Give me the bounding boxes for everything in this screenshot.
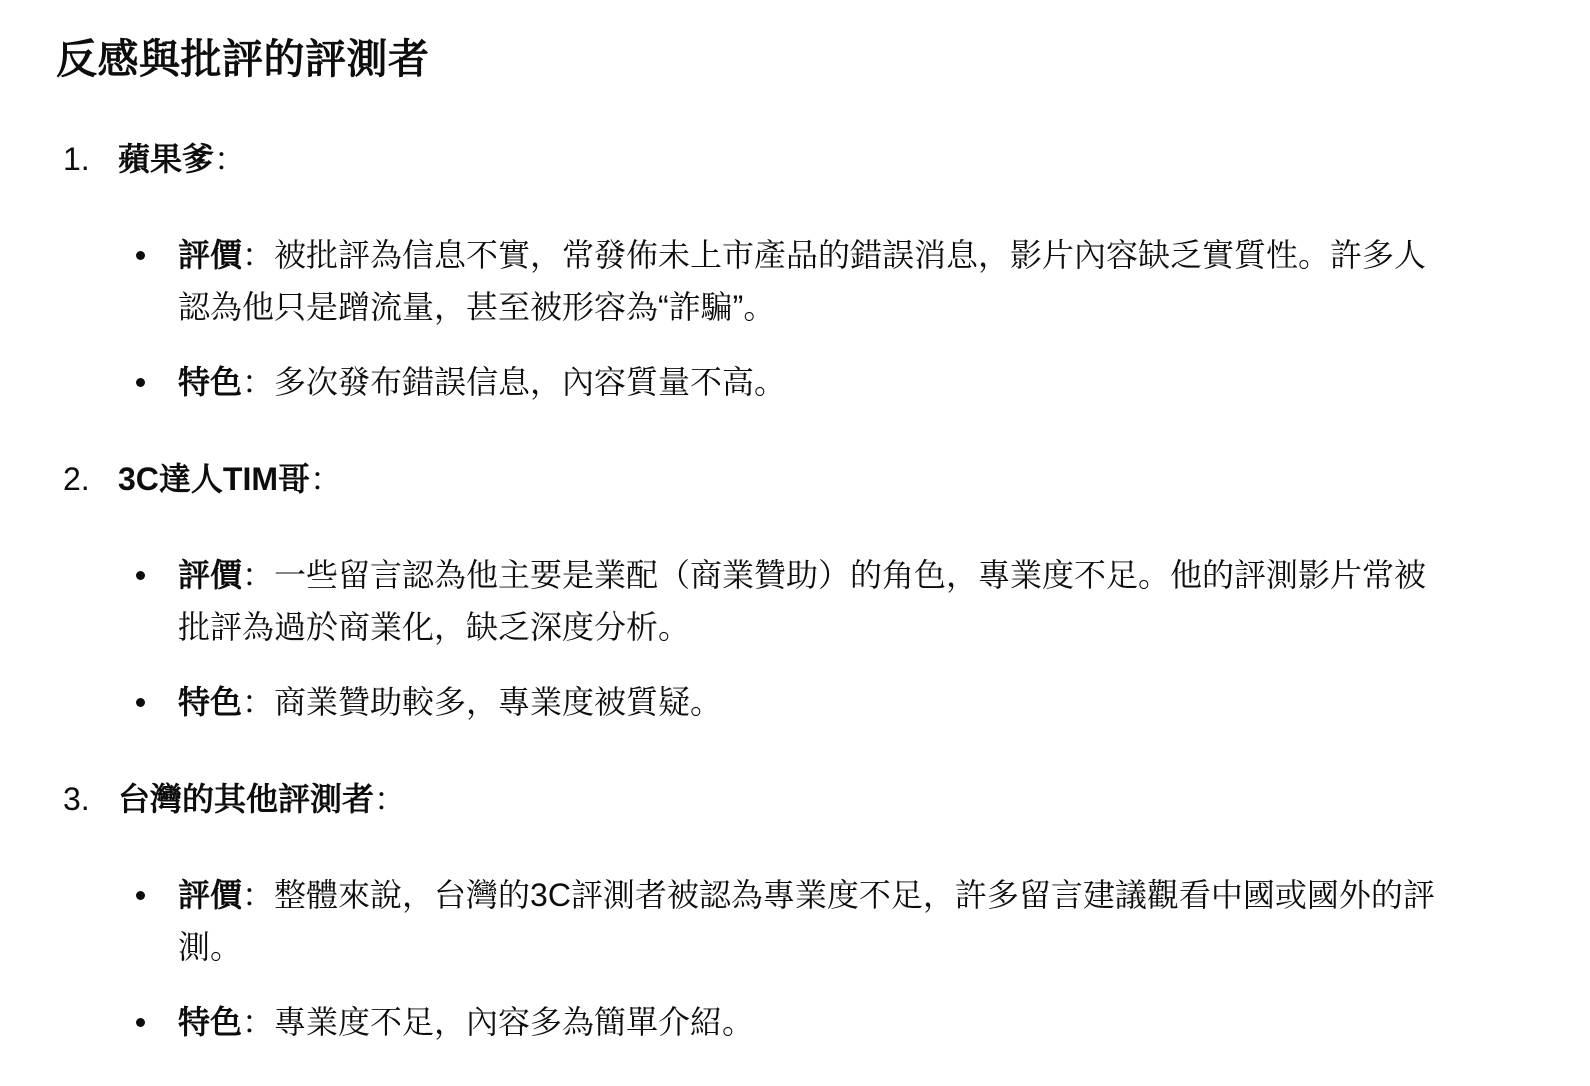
- bullet-dot-icon: [118, 549, 178, 653]
- bullet-line-text: ：商業贊助較多，專業度被質疑。: [242, 684, 722, 720]
- list-item-2: 2. 3C達人TIM哥： 評價：一些留言認為他主要是業配（商業贊助）的角色，專業…: [63, 453, 1550, 728]
- item-content: 3C達人TIM哥： 評價：一些留言認為他主要是業配（商業贊助）的角色，專業度不足…: [118, 453, 1550, 728]
- item-content: 蘋果爹： 評價：被批評為信息不實，常發佈未上市產品的錯誤消息，影片內容缺乏實質性…: [118, 133, 1550, 408]
- item-content: 台灣的其他評測者： 評價：整體來說，台灣的3C評測者被認為專業度不足，許多留言建…: [118, 773, 1550, 1048]
- bullet-text: 特色：多次發布錯誤信息，內容質量不高。: [178, 356, 1550, 408]
- item-name: 台灣的其他評測者: [118, 781, 374, 817]
- bullet-label: 評價: [178, 237, 242, 273]
- list-item-3: 3. 台灣的其他評測者： 評價：整體來說，台灣的3C評測者被認為專業度不足，許多…: [63, 773, 1550, 1048]
- bullet-text: 評價：被批評為信息不實，常發佈未上市產品的錯誤消息，影片內容缺乏實質性。許多人 …: [178, 229, 1550, 333]
- bullet-text-line: 測。: [178, 921, 1550, 973]
- bullet-label: 評價: [178, 557, 242, 593]
- item-name: 3C達人TIM哥: [118, 461, 310, 497]
- bullet-label: 特色: [178, 1004, 242, 1040]
- item-number: 2.: [63, 453, 118, 728]
- bullet-item: 評價：一些留言認為他主要是業配（商業贊助）的角色，專業度不足。他的評測影片常被 …: [118, 549, 1550, 653]
- bullet-item: 特色：多次發布錯誤信息，內容質量不高。: [118, 356, 1550, 408]
- bullet-line-text: ：多次發布錯誤信息，內容質量不高。: [242, 364, 786, 400]
- bullet-text-line: 特色：商業贊助較多，專業度被質疑。: [178, 676, 1550, 728]
- item-number: 1.: [63, 133, 118, 408]
- item-number: 3.: [63, 773, 118, 1048]
- bullet-text: 特色：專業度不足，內容多為簡單介紹。: [178, 996, 1550, 1048]
- item-name-line: 蘋果爹：: [118, 133, 1550, 185]
- bullet-dot-icon: [118, 996, 178, 1048]
- item-name-colon: ：: [374, 781, 406, 817]
- bullet-text-line: 批評為過於商業化，缺乏深度分析。: [178, 601, 1550, 653]
- bullet-list: 評價：一些留言認為他主要是業配（商業贊助）的角色，專業度不足。他的評測影片常被 …: [118, 549, 1550, 728]
- bullet-line-text: ：被批評為信息不實，常發佈未上市產品的錯誤消息，影片內容缺乏實質性。許多人: [242, 237, 1426, 273]
- bullet-item: 特色：專業度不足，內容多為簡單介紹。: [118, 996, 1550, 1048]
- bullet-dot-icon: [118, 676, 178, 728]
- bullet-line-text: ：整體來說，台灣的3C評測者被認為專業度不足，許多留言建議觀看中國或國外的評: [242, 877, 1435, 913]
- bullet-text: 特色：商業贊助較多，專業度被質疑。: [178, 676, 1550, 728]
- list-item-1: 1. 蘋果爹： 評價：被批評為信息不實，常發佈未上市產品的錯誤消息，影片內容缺乏…: [63, 133, 1550, 408]
- bullet-label: 特色: [178, 364, 242, 400]
- bullet-item: 評價：被批評為信息不實，常發佈未上市產品的錯誤消息，影片內容缺乏實質性。許多人 …: [118, 229, 1550, 333]
- bullet-text: 評價：整體來說，台灣的3C評測者被認為專業度不足，許多留言建議觀看中國或國外的評…: [178, 869, 1550, 973]
- bullet-line-text: ：專業度不足，內容多為簡單介紹。: [242, 1004, 754, 1040]
- item-name-line: 3C達人TIM哥：: [118, 453, 1550, 505]
- bullet-text-line: 認為他只是蹭流量，甚至被形容為“詐騙”。: [178, 281, 1550, 333]
- bullet-item: 評價：整體來說，台灣的3C評測者被認為專業度不足，許多留言建議觀看中國或國外的評…: [118, 869, 1550, 973]
- bullet-dot-icon: [118, 869, 178, 973]
- document-page: 反感與批評的評測者 1. 蘋果爹： 評價：被批評為信息不實，常發佈未上市產品的錯…: [0, 0, 1590, 1048]
- bullet-text-line: 評價：被批評為信息不實，常發佈未上市產品的錯誤消息，影片內容缺乏實質性。許多人: [178, 229, 1550, 281]
- item-name-line: 台灣的其他評測者：: [118, 773, 1550, 825]
- bullet-text-line: 評價：一些留言認為他主要是業配（商業贊助）的角色，專業度不足。他的評測影片常被: [178, 549, 1550, 601]
- bullet-label: 評價: [178, 877, 242, 913]
- document-title: 反感與批評的評測者: [56, 33, 1550, 85]
- item-name-colon: ：: [214, 141, 246, 177]
- bullet-text-line: 評價：整體來說，台灣的3C評測者被認為專業度不足，許多留言建議觀看中國或國外的評: [178, 869, 1550, 921]
- bullet-list: 評價：被批評為信息不實，常發佈未上市產品的錯誤消息，影片內容缺乏實質性。許多人 …: [118, 229, 1550, 408]
- bullet-text-line: 特色：專業度不足，內容多為簡單介紹。: [178, 996, 1550, 1048]
- bullet-line-text: ：一些留言認為他主要是業配（商業贊助）的角色，專業度不足。他的評測影片常被: [242, 557, 1426, 593]
- bullet-dot-icon: [118, 229, 178, 333]
- bullet-label: 特色: [178, 684, 242, 720]
- bullet-list: 評價：整體來說，台灣的3C評測者被認為專業度不足，許多留言建議觀看中國或國外的評…: [118, 869, 1550, 1048]
- item-name: 蘋果爹: [118, 141, 214, 177]
- numbered-list: 1. 蘋果爹： 評價：被批評為信息不實，常發佈未上市產品的錯誤消息，影片內容缺乏…: [56, 133, 1550, 1048]
- bullet-dot-icon: [118, 356, 178, 408]
- bullet-text: 評價：一些留言認為他主要是業配（商業贊助）的角色，專業度不足。他的評測影片常被 …: [178, 549, 1550, 653]
- bullet-text-line: 特色：多次發布錯誤信息，內容質量不高。: [178, 356, 1550, 408]
- item-name-colon: ：: [310, 461, 342, 497]
- bullet-item: 特色：商業贊助較多，專業度被質疑。: [118, 676, 1550, 728]
